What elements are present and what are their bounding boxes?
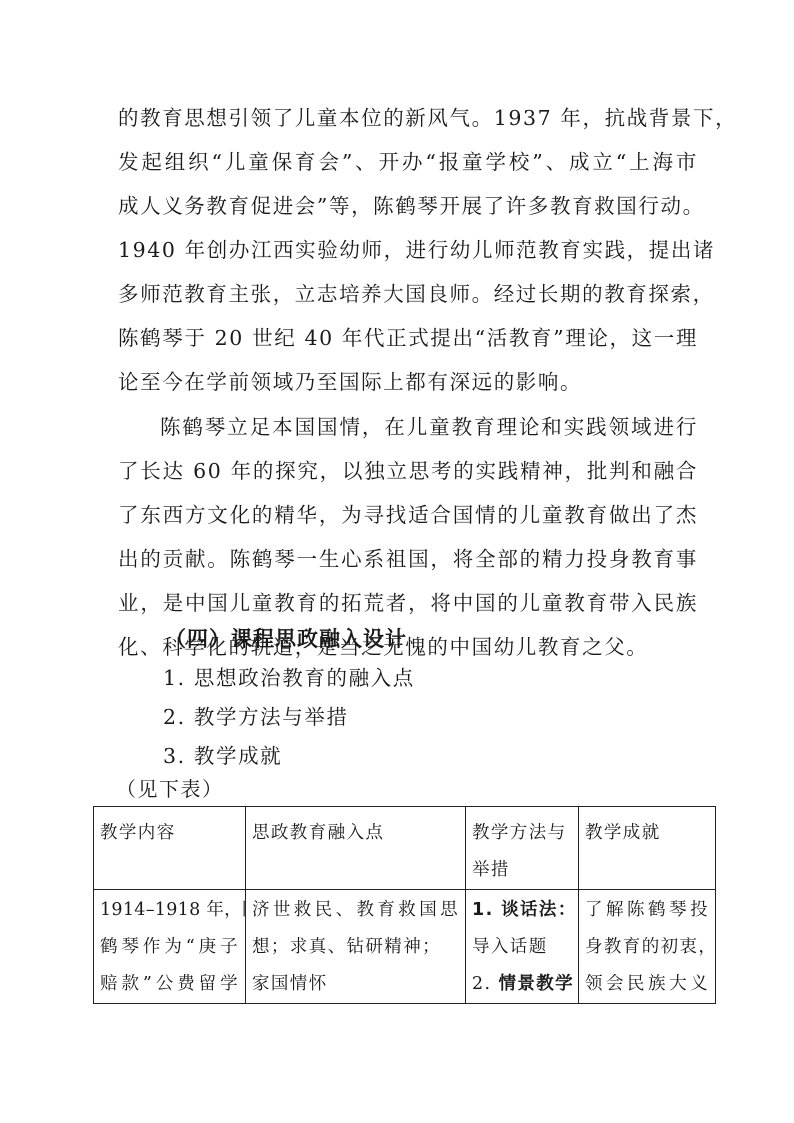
text-line: 论至今在学前领域乃至国际上都有深远的影响。 bbox=[118, 368, 698, 396]
cell-text: 鹤琴作为“庚子 bbox=[100, 929, 239, 966]
course-design-table: 教学内容 思政教育融入点 教学方法与 举措 教学成就 1914–1918 年，陈… bbox=[93, 806, 716, 1004]
method-line: 导入话题 bbox=[472, 929, 572, 966]
text-line: 了东西方文化的精华，为寻找适合国情的儿童教育做出了杰 bbox=[118, 501, 698, 529]
header-ideology-points: 思政教育融入点 bbox=[246, 807, 466, 890]
method-line: 2. 情景教学 bbox=[472, 966, 572, 1003]
header-teaching-content: 教学内容 bbox=[94, 807, 246, 890]
text-line: 陈鹤琴立足本国国情，在儿童教育理论和实践领域进行 bbox=[160, 413, 698, 441]
cell-teaching-achievement: 了解陈鹤琴投 身教育的初衷， 领会民族大义 bbox=[579, 890, 716, 1004]
method-name: 情景教学 bbox=[498, 974, 574, 994]
header-teaching-achievement: 教学成就 bbox=[579, 807, 716, 890]
cell-text: 领会民族大义 bbox=[585, 966, 709, 1003]
text-line: 1940 年创办江西实验幼师，进行幼儿师范教育实践，提出诸 bbox=[118, 236, 698, 264]
header-text: 教学内容 bbox=[100, 815, 239, 852]
text-line: 成人义务教育促进会”等，陈鹤琴开展了许多教育救国行动。 bbox=[118, 192, 698, 220]
cell-teaching-content: 1914–1918 年，陈 鹤琴作为“庚子 赔款”公费留学 bbox=[94, 890, 246, 1004]
table-reference-note: （见下表） bbox=[116, 775, 224, 803]
text-line: 陈鹤琴于 20 世纪 40 年代正式提出“活教育”理论，这一理 bbox=[118, 324, 698, 352]
method-name: 谈话法： bbox=[501, 900, 577, 920]
method-number: 2. bbox=[472, 974, 498, 994]
cell-text: 身教育的初衷， bbox=[585, 929, 709, 966]
method-detail: 导入话题 bbox=[472, 937, 548, 957]
cell-text: 济世救民、教育救国思 bbox=[252, 892, 459, 929]
header-text: 举措 bbox=[472, 852, 572, 889]
cell-text: 了解陈鹤琴投 bbox=[585, 892, 709, 929]
table-row: 1914–1918 年，陈 鹤琴作为“庚子 赔款”公费留学 济世救民、教育救国思… bbox=[94, 890, 716, 1004]
header-text: 思政教育融入点 bbox=[252, 815, 459, 852]
cell-text: 想；求真、钻研精神； bbox=[252, 929, 459, 966]
header-text: 教学成就 bbox=[585, 815, 709, 852]
cell-teaching-methods: 1. 谈话法： 导入话题 2. 情景教学 bbox=[466, 890, 579, 1004]
text-line: 的教育思想引领了儿童本位的新风气。1937 年，抗战背景下， bbox=[118, 104, 698, 132]
cell-ideology-points: 济世救民、教育救国思 想；求真、钻研精神； 家国情怀 bbox=[246, 890, 466, 1004]
cell-text: 家国情怀 bbox=[252, 966, 459, 1003]
text-line: 了长达 60 年的探究，以独立思考的实践精神，批判和融合 bbox=[118, 457, 698, 485]
header-teaching-methods: 教学方法与 举措 bbox=[466, 807, 579, 890]
section-heading: （四）课程思政融入设计 bbox=[165, 625, 407, 653]
list-item: 3. 教学成就 bbox=[163, 742, 282, 770]
text-line: 多师范教育主张，立志培养大国良师。经过长期的教育探索， bbox=[118, 280, 698, 308]
text-line: 业，是中国儿童教育的拓荒者，将中国的儿童教育带入民族 bbox=[118, 589, 698, 617]
text-line: 出的贡献。陈鹤琴一生心系祖国，将全部的精力投身教育事 bbox=[118, 545, 698, 573]
cell-text: 赔款”公费留学 bbox=[100, 966, 239, 1003]
cell-text: 1914–1918 年，陈 bbox=[100, 892, 239, 929]
header-text: 教学方法与 bbox=[472, 815, 572, 852]
list-item: 1. 思想政治教育的融入点 bbox=[163, 664, 415, 692]
method-number: 1. bbox=[472, 900, 501, 920]
method-line: 1. 谈话法： bbox=[472, 892, 572, 929]
table-header-row: 教学内容 思政教育融入点 教学方法与 举措 教学成就 bbox=[94, 807, 716, 890]
list-item: 2. 教学方法与举措 bbox=[163, 703, 349, 731]
text-line: 发起组织“儿童保育会”、开办“报童学校”、成立“上海市 bbox=[118, 148, 698, 176]
